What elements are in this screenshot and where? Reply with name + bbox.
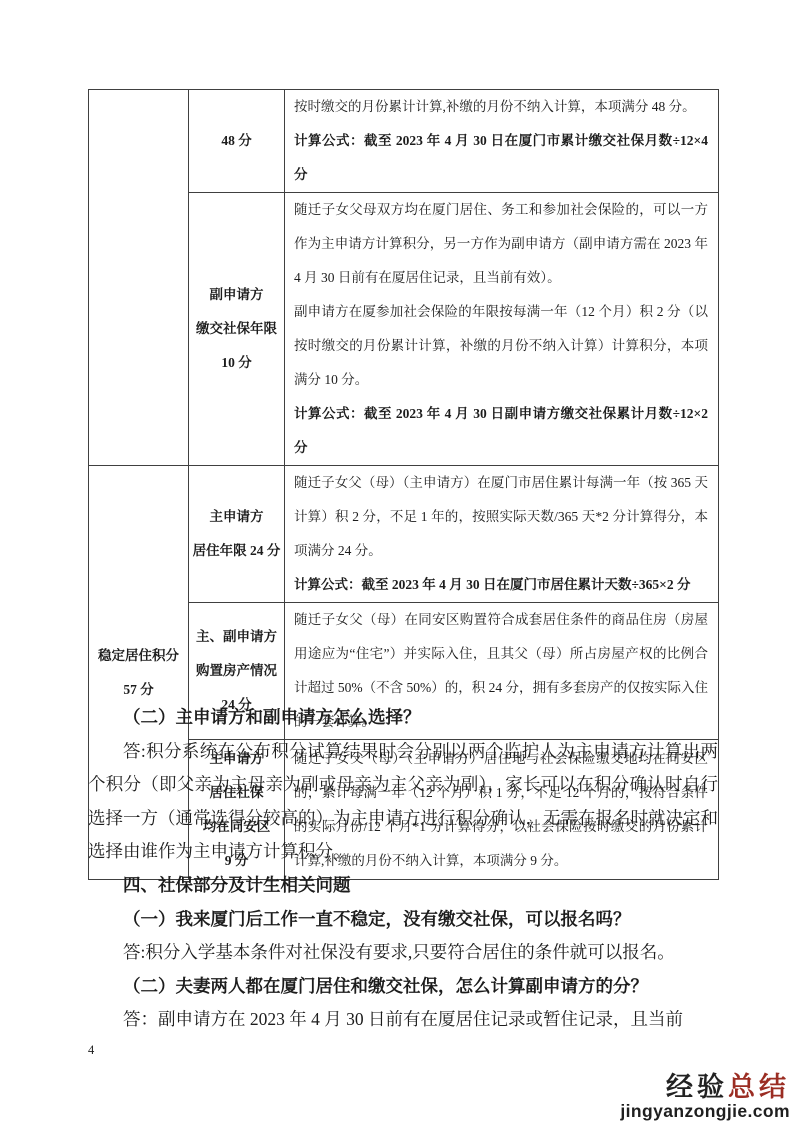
question-heading: （二）夫妻两人都在厦门居住和缴交社保，怎么计算副申请方的分？ bbox=[88, 970, 718, 1004]
description-text: 随迁子女父（母）（主申请方）在厦门市居住累计每满一年（按 365 天计算）积 2… bbox=[294, 466, 708, 568]
item-line: 缴交社保年限 bbox=[190, 312, 283, 346]
question-heading: （一）我来厦门后工作一直不稳定，没有缴交社保，可以报名吗？ bbox=[88, 903, 718, 937]
answer-paragraph: 答:积分入学基本条件对社保没有要求,只要符合居住的条件就可以报名。 bbox=[88, 936, 718, 970]
faq-text-block: （二）主申请方和副申请方怎么选择？ 答:积分系统在公布积分试算结果时会分别以两个… bbox=[88, 701, 718, 1037]
description-text: 按时缴交的月份累计计算,补缴的月份不纳入计算，本项满分 48 分。 bbox=[294, 90, 708, 124]
table-row: 稳定居住积分 57 分 主申请方 居住年限 24 分 随迁子女父（母）（主申请方… bbox=[89, 466, 719, 603]
formula-text: 计算公式：截至 2023 年 4 月 30 日在厦门市居住累计天数÷365×2 … bbox=[294, 568, 708, 602]
item-line: 购置房产情况 bbox=[190, 654, 283, 688]
page-number: 4 bbox=[88, 1043, 94, 1058]
item-line: 10 分 bbox=[190, 346, 283, 380]
question-heading: （二）主申请方和副申请方怎么选择？ bbox=[88, 701, 718, 735]
watermark-domain: jingyanzongjie.com bbox=[620, 1103, 790, 1121]
item-cell: 48 分 bbox=[189, 90, 285, 193]
watermark-brand: 经验总结 bbox=[620, 1074, 790, 1101]
description-cell: 随迁子女父母双方均在厦门居住、务工和参加社会保险的，可以一方作为主申请方计算积分… bbox=[285, 193, 719, 466]
description-text: 随迁子女父母双方均在厦门居住、务工和参加社会保险的，可以一方作为主申请方计算积分… bbox=[294, 193, 708, 295]
category-cell-empty bbox=[89, 90, 189, 466]
item-cell: 主申请方 居住年限 24 分 bbox=[189, 466, 285, 603]
watermark-brand-black: 经验 bbox=[666, 1072, 728, 1102]
document-page: 48 分 按时缴交的月份累计计算,补缴的月份不纳入计算，本项满分 48 分。 计… bbox=[0, 0, 799, 1131]
table-row: 48 分 按时缴交的月份累计计算,补缴的月份不纳入计算，本项满分 48 分。 计… bbox=[89, 90, 719, 193]
formula-text: 计算公式：截至 2023 年 4 月 30 日副申请方缴交社保累计月数÷12×2… bbox=[294, 397, 708, 465]
description-cell: 随迁子女父（母）（主申请方）在厦门市居住累计每满一年（按 365 天计算）积 2… bbox=[285, 466, 719, 603]
item-line: 居住年限 24 分 bbox=[190, 534, 283, 568]
description-text: 副申请方在厦参加社会保险的年限按每满一年（12 个月）积 2 分（以按时缴交的月… bbox=[294, 295, 708, 397]
item-line: 主、副申请方 bbox=[190, 620, 283, 654]
watermark-brand-red: 总结 bbox=[728, 1072, 790, 1102]
item-line: 主申请方 bbox=[190, 500, 283, 534]
item-cell: 副申请方 缴交社保年限 10 分 bbox=[189, 193, 285, 466]
item-line: 副申请方 bbox=[190, 278, 283, 312]
item-line: 48 分 bbox=[190, 124, 283, 158]
answer-paragraph: 答:积分系统在公布积分试算结果时会分别以两个监护人为主申请方计算出两个积分（即父… bbox=[88, 735, 718, 869]
section-heading: 四、社保部分及计生相关问题 bbox=[88, 869, 718, 903]
answer-paragraph: 答：副申请方在 2023 年 4 月 30 日前有在厦居住记录或暂住记录，且当前 bbox=[88, 1003, 718, 1037]
watermark: 经验总结 jingyanzongjie.com bbox=[620, 1074, 790, 1121]
formula-text: 计算公式：截至 2023 年 4 月 30 日在厦门市累计缴交社保月数÷12×4… bbox=[294, 124, 708, 192]
category-line: 稳定居住积分 bbox=[90, 639, 187, 673]
description-cell: 按时缴交的月份累计计算,补缴的月份不纳入计算，本项满分 48 分。 计算公式：截… bbox=[285, 90, 719, 193]
